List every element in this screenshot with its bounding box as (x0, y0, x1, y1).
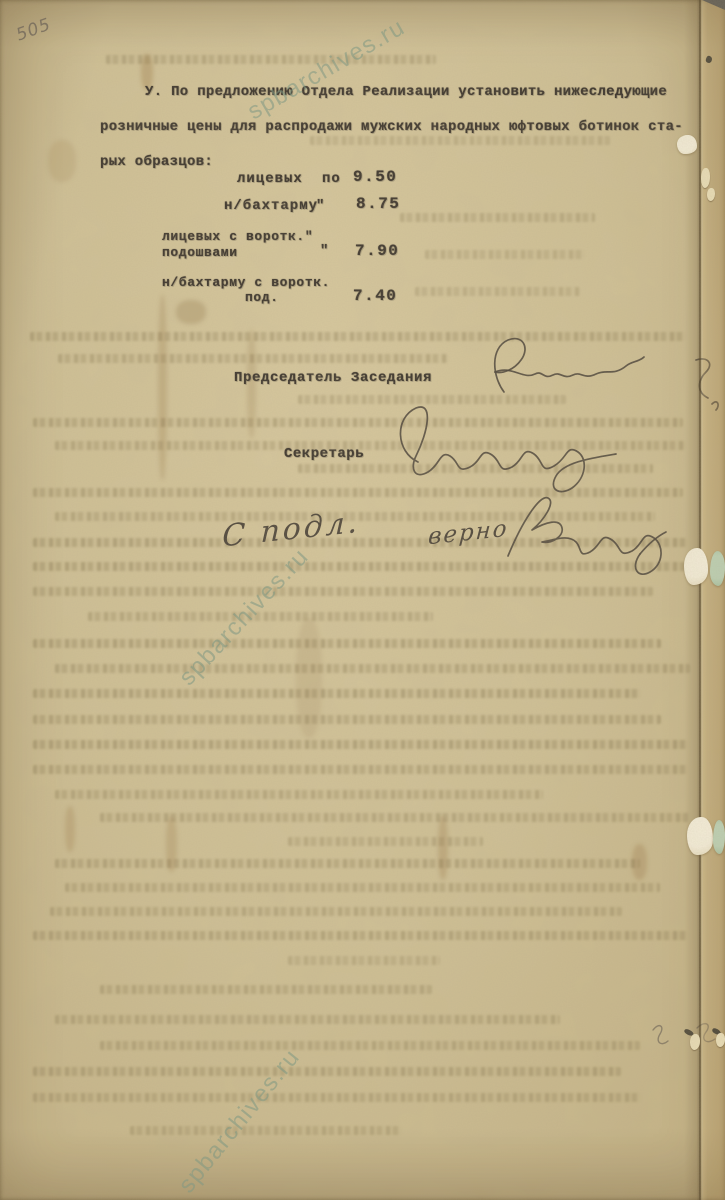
bleedthrough-line (400, 213, 595, 222)
price-row4-amount: 7.40 (353, 287, 397, 305)
bleedthrough-line (33, 1067, 621, 1076)
bleedthrough-line (55, 1015, 560, 1024)
stain (438, 816, 448, 880)
paper-hole-green (710, 551, 725, 586)
paper-hole (687, 817, 713, 855)
resolution-paragraph-line3: рых образцов: (100, 154, 213, 170)
bleedthrough-line (33, 689, 641, 698)
bleedthrough-line (288, 956, 440, 965)
stain (158, 295, 167, 480)
bleedthrough-line (425, 250, 585, 259)
price-row1-unit: по (322, 171, 341, 187)
price-row3-unit: " (320, 243, 329, 259)
bleedthrough-line (33, 765, 688, 774)
chairman-title: Председатель Заседания (234, 370, 432, 386)
bleedthrough-line (310, 136, 610, 145)
resolution-paragraph-line1: У. По предложению Отдела Реализации уста… (145, 84, 667, 100)
scanner-corner-wedge (702, 0, 725, 10)
stain (65, 806, 75, 852)
price-row3-amount: 7.90 (355, 242, 399, 260)
paper-hole (677, 135, 697, 154)
stain (166, 816, 177, 872)
bleedthrough-line (288, 837, 483, 846)
price-row2-unit: " (316, 198, 325, 214)
resolution-paragraph-line2: розничные цены для распродажи мужских на… (100, 119, 683, 135)
price-row3-label-top: лицевых с воротк." (162, 229, 313, 244)
bleedthrough-line (100, 985, 432, 994)
price-row4-label-bottom: под. (245, 290, 279, 305)
page-number-pencil: 505 (14, 15, 54, 46)
bleedthrough-line (415, 287, 580, 296)
bleedthrough-line (33, 931, 688, 940)
stain (48, 140, 76, 182)
price-row2-label: н/бахтарму (224, 198, 318, 214)
secretary-title: Секретарь (284, 446, 364, 462)
bleedthrough-line (33, 1093, 641, 1102)
price-row4-label-top: н/бахтарму с воротк. (162, 275, 330, 290)
paper-hole (684, 548, 708, 585)
bleedthrough-line (50, 907, 622, 916)
price-row3-label-bottom: подошвами (162, 245, 238, 260)
bleedthrough-line (100, 1041, 640, 1050)
archive-watermark-top: spbarchives.ru (243, 13, 410, 126)
price-row1-label: лицевых (237, 171, 303, 187)
chairman-signature (478, 332, 658, 404)
bleedthrough-line (106, 55, 436, 64)
archival-document-scan: 505 У. По предложению Отдела Реализации … (0, 0, 725, 1200)
stain (176, 300, 206, 324)
bleedthrough-line (130, 1126, 402, 1135)
certifier-signature (492, 482, 670, 594)
bleedthrough-line (55, 859, 640, 868)
bleedthrough-line (100, 813, 690, 822)
bleedthrough-line (55, 790, 543, 799)
bleedthrough-line (33, 639, 661, 648)
paper-hole-green (713, 820, 725, 854)
bleedthrough-line (65, 883, 660, 892)
price-row1-amount: 9.50 (353, 168, 397, 186)
bleedthrough-line (55, 664, 690, 673)
price-row2-amount: 8.75 (356, 195, 400, 213)
stain (632, 844, 647, 880)
bleedthrough-line (33, 740, 688, 749)
stain (296, 618, 322, 738)
bleedthrough-line (33, 715, 661, 724)
